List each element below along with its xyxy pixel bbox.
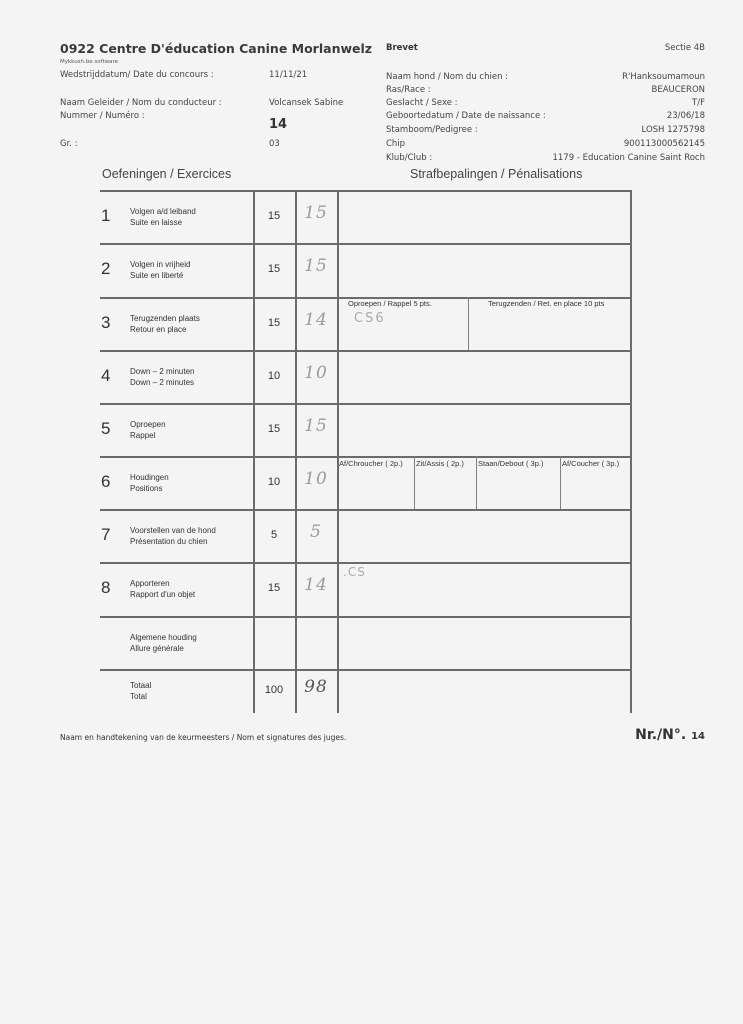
exercise-name-nl: Voorstellen van de hond bbox=[130, 525, 216, 536]
birthdate-label: Geboortedatum / Date de naissance : bbox=[386, 111, 546, 121]
handler-label: Naam Geleider / Nom du conducteur : bbox=[60, 98, 222, 108]
grid-line-horizontal bbox=[100, 243, 630, 245]
exercise-number: 4 bbox=[101, 366, 110, 386]
section-label: Sectie 4B bbox=[665, 43, 705, 53]
exercise-name-nl: Volgen in vrijheid bbox=[130, 259, 190, 270]
exercise-max-points: 10 bbox=[253, 370, 295, 382]
exercise-number: 6 bbox=[101, 472, 110, 492]
exercise-number: 2 bbox=[101, 259, 110, 279]
penalty-note-row8: .CS bbox=[343, 565, 366, 579]
grid-line-horizontal bbox=[100, 403, 630, 405]
exercise-number: 5 bbox=[101, 419, 110, 439]
penalty-position-3: Staan/Debout ( 3p.) bbox=[478, 459, 543, 468]
exercise-score: 15 bbox=[295, 203, 337, 223]
category-label: Brevet bbox=[386, 43, 418, 53]
exercise-name-fr: Positions bbox=[130, 483, 162, 494]
birthdate-value: 23/06/18 bbox=[667, 111, 705, 121]
exercise-max-points: 100 bbox=[253, 684, 295, 696]
nr-value: 14 bbox=[691, 731, 705, 742]
exercise-name-nl: Down – 2 minuten bbox=[130, 366, 194, 377]
exercise-score: 10 bbox=[295, 469, 337, 489]
penalty-rappel-label: Oproepen / Rappel 5 pts. bbox=[348, 299, 432, 308]
dog-name-label: Naam hond / Nom du chien : bbox=[386, 72, 508, 82]
group-value: 03 bbox=[269, 139, 280, 149]
grid-line-horizontal bbox=[100, 616, 630, 618]
exercise-max-points: 15 bbox=[253, 210, 295, 222]
pedigree-value: LOSH 1275798 bbox=[642, 125, 705, 135]
exercise-name-nl: Apporteren bbox=[130, 578, 170, 589]
handler-value: Volcansek Sabine bbox=[269, 98, 343, 108]
grid-line-vertical bbox=[468, 297, 469, 350]
exercise-name-fr: Rappel bbox=[130, 430, 155, 441]
exercise-score: 98 bbox=[295, 677, 337, 697]
organization-title: 0922 Centre D'éducation Canine Morlanwel… bbox=[60, 41, 372, 56]
dog-name-value: R'Hanksoumamoun bbox=[622, 72, 705, 82]
date-value: 11/11/21 bbox=[269, 70, 307, 80]
exercise-number: 1 bbox=[101, 206, 110, 226]
exercise-name-nl: Volgen a/d leiband bbox=[130, 206, 196, 217]
penalty-retour-label: Terugzenden / Ret. en place 10 pts bbox=[488, 299, 604, 308]
group-label: Gr. : bbox=[60, 139, 78, 149]
grid-line-horizontal bbox=[100, 190, 630, 192]
grid-line-horizontal bbox=[100, 669, 630, 671]
exercise-name-fr: Rapport d'un objet bbox=[130, 589, 195, 600]
penalty-position-1: Af/Chroucher ( 2p.) bbox=[339, 459, 403, 468]
exercise-name-fr: Suite en liberté bbox=[130, 270, 183, 281]
exercise-max-points: 15 bbox=[253, 423, 295, 435]
exercise-name-nl: Totaal bbox=[130, 680, 151, 691]
exercise-name-fr: Down – 2 minutes bbox=[130, 377, 194, 388]
exercise-number: 7 bbox=[101, 525, 110, 545]
club-label: Klub/Club : bbox=[386, 153, 432, 163]
penalty-position-4: Af/Coucher ( 3p.) bbox=[562, 459, 619, 468]
penalties-header: Strafbepalingen / Pénalisations bbox=[410, 167, 582, 181]
breed-label: Ras/Race : bbox=[386, 85, 431, 95]
exercise-max-points: 15 bbox=[253, 317, 295, 329]
club-value: 1179 - Education Canine Saint Roch bbox=[552, 153, 705, 163]
sex-label: Geslacht / Sexe : bbox=[386, 98, 458, 108]
exercises-header: Oefeningen / Exercices bbox=[102, 167, 231, 181]
exercise-max-points: 5 bbox=[253, 529, 295, 541]
number-label: Nummer / Numéro : bbox=[60, 111, 145, 121]
number-value: 14 bbox=[269, 117, 287, 132]
chip-value: 900113000562145 bbox=[624, 139, 705, 149]
grid-line-horizontal bbox=[100, 509, 630, 511]
exercise-name-fr: Retour en place bbox=[130, 324, 186, 335]
grid-line-vertical bbox=[414, 456, 415, 509]
exercise-score: 14 bbox=[295, 575, 337, 595]
software-credit: Mykkush.be software bbox=[60, 59, 118, 65]
exercise-max-points: 10 bbox=[253, 476, 295, 488]
exercise-name-nl: Oproepen bbox=[130, 419, 166, 430]
exercise-score: 5 bbox=[295, 522, 337, 542]
exercise-number: 8 bbox=[101, 578, 110, 598]
exercise-score: 10 bbox=[295, 363, 337, 383]
penalty-note-row3: CS6 bbox=[354, 311, 386, 326]
penalty-position-2: Zit/Assis ( 2p.) bbox=[416, 459, 464, 468]
date-label: Wedstrijddatum/ Date du concours : bbox=[60, 70, 214, 80]
grid-line-horizontal bbox=[100, 456, 630, 458]
grid-line-vertical bbox=[630, 190, 632, 713]
exercise-number: 3 bbox=[101, 313, 110, 333]
pedigree-label: Stamboom/Pedigree : bbox=[386, 125, 478, 135]
judges-signature-label: Naam en handtekening van de keurmeesters… bbox=[60, 733, 346, 742]
exercise-name-fr: Présentation du chien bbox=[130, 536, 207, 547]
exercise-name-nl: Terugzenden plaats bbox=[130, 313, 200, 324]
exercise-max-points: 15 bbox=[253, 582, 295, 594]
exercise-max-points: 15 bbox=[253, 263, 295, 275]
grid-line-horizontal bbox=[100, 562, 630, 564]
nr-label: Nr./N°. bbox=[635, 727, 686, 743]
exercise-name-fr: Total bbox=[130, 691, 147, 702]
exercise-name-nl: Houdingen bbox=[130, 472, 169, 483]
breed-value: BEAUCERON bbox=[652, 85, 706, 95]
grid-line-vertical bbox=[476, 456, 477, 509]
chip-label: Chip bbox=[386, 139, 405, 149]
participant-number: Nr./N°. 14 bbox=[635, 727, 705, 743]
exercise-score: 14 bbox=[295, 310, 337, 330]
grid-line-horizontal bbox=[100, 350, 630, 352]
exercise-name-fr: Suite en laisse bbox=[130, 217, 182, 228]
exercise-score: 15 bbox=[295, 416, 337, 436]
exercise-score: 15 bbox=[295, 256, 337, 276]
sex-value: T/F bbox=[692, 98, 705, 108]
exercise-name-nl: Algemene houding bbox=[130, 632, 197, 643]
grid-line-vertical bbox=[560, 456, 561, 509]
exercise-name-fr: Allure générale bbox=[130, 643, 184, 654]
grid-line-vertical bbox=[337, 190, 339, 713]
